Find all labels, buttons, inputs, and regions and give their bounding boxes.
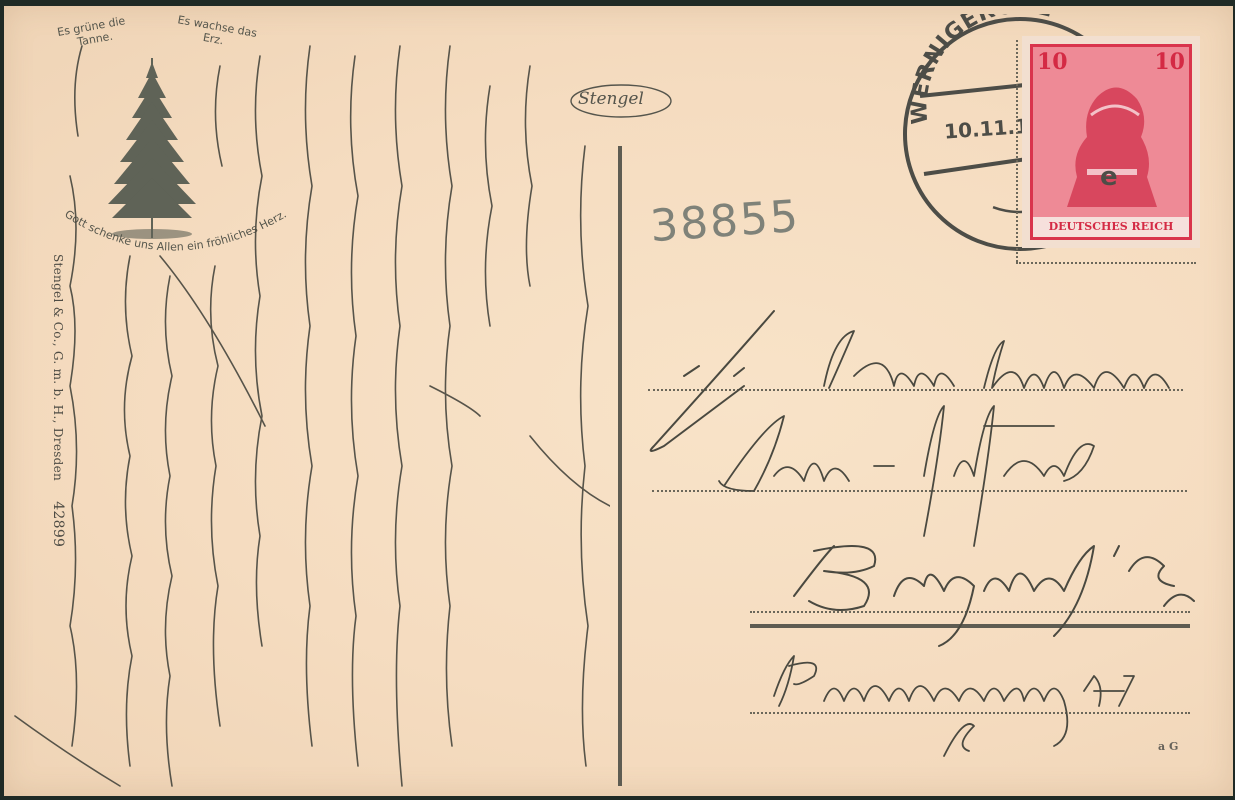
postage-stamp: 10 10 DEUTSCHES REICH <box>1022 36 1200 248</box>
stamp-box-bottom <box>1016 262 1196 264</box>
stamp-country: DEUTSCHES REICH <box>1033 217 1189 237</box>
postmark-letter: e <box>1100 162 1118 192</box>
handwritten-message <box>10 26 610 796</box>
divider-line <box>618 146 622 786</box>
postcard-back: Es grüne die Tanne. Es wachse das Erz. G… <box>4 6 1233 796</box>
stamp-box-edge <box>1016 40 1024 262</box>
printer-mark: a G <box>1158 740 1178 753</box>
stamp-value-left: 10 <box>1037 49 1068 75</box>
stamp-value-right: 10 <box>1154 49 1185 75</box>
handwritten-address: Frl. Alma Schloßtau <box>624 306 1224 766</box>
pencil-inventory-number: 38855 <box>648 191 801 252</box>
stamp-frame: 10 10 DEUTSCHES REICH <box>1030 44 1192 240</box>
